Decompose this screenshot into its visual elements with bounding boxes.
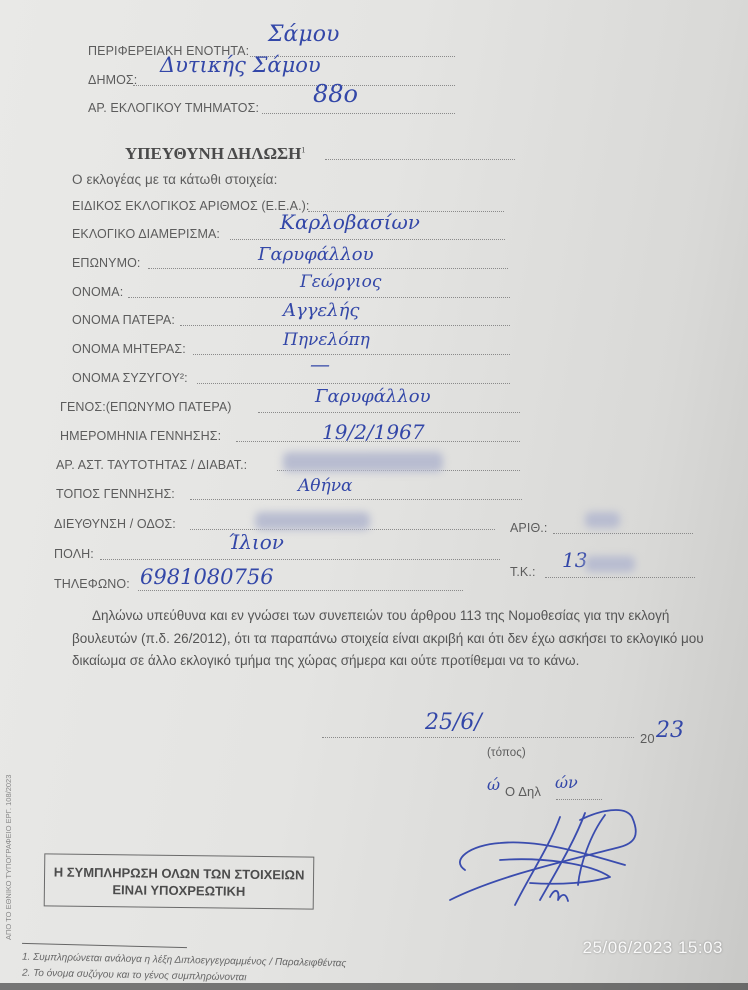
district-label: ΕΚΛΟΓΙΚΟ ΔΙΑΜΕΡΙΣΜΑ: <box>72 227 220 241</box>
spouse-line <box>197 383 510 384</box>
spouse-label: ΟΝΟΜΑ ΣΥΖΥΓΟΥ²: <box>72 371 188 385</box>
surname-line <box>148 268 508 269</box>
declarant-line <box>556 799 602 800</box>
section-value: 88ο <box>313 80 358 108</box>
date-value: 25/6/ <box>425 710 482 735</box>
phone-line <box>138 590 463 591</box>
title-line <box>325 159 515 160</box>
section-label: ΑΡ. ΕΚΛΟΓΙΚΟΥ ΤΜΗΜΑΤΟΣ: <box>88 101 259 115</box>
photo-timestamp: 25/06/2023 15:03 <box>583 938 723 958</box>
genos-line <box>258 412 520 413</box>
section-line <box>262 113 455 114</box>
footnote-1: 1. Συμπληρώνεται ανάλογα η λέξη Διπλοεγγ… <box>22 952 346 970</box>
printer-note: ΑΠΟ ΤΟ ΕΘΝΙΚΟ ΤΥΠΟΓΡΑΦΕΙΟ ΕΡΓ. 108/2023 <box>4 775 13 940</box>
name-label: ΟΝΟΜΑ: <box>72 285 123 299</box>
year-suffix: 23 <box>656 718 684 743</box>
municipality-line <box>133 85 455 86</box>
declaration-form-page: ΠΕΡΙΦΕΡΕΙΑΚΗ ΕΝΟΤΗΤΑ: Σάμου ΔΗΜΟΣ: Δυτικ… <box>0 0 748 990</box>
footnote-2: 2. Το όνομα συζύγου και το γένος συμπληρ… <box>22 968 247 984</box>
municipality-value: Δυτικής Σάμου <box>160 53 321 77</box>
mother-label: ΟΝΟΜΑ ΜΗΤΕΡΑΣ: <box>72 342 186 356</box>
birthplace-label: ΤΟΠΟΣ ΓΕΝΝΗΣΗΣ: <box>56 487 175 501</box>
declarant-suffix: ών <box>555 773 578 792</box>
father-label: ΟΝΟΜΑ ΠΑΤΕΡΑ: <box>72 313 175 327</box>
intro-text: Ο εκλογέας με τα κάτωθι στοιχεία: <box>72 172 277 187</box>
district-value: Καρλοβασίων <box>280 210 420 234</box>
birthplace-line <box>190 499 522 500</box>
city-label: ΠΟΛΗ: <box>54 547 94 561</box>
genos-value: Γαρυφάλλου <box>315 386 431 407</box>
number-line <box>553 533 693 534</box>
father-value: Αγγελής <box>283 300 359 321</box>
address-label: ΔΙΕΥΘΥΝΣΗ / ΟΔΟΣ: <box>54 517 176 531</box>
mother-line <box>193 354 510 355</box>
name-line <box>128 297 510 298</box>
phone-label: ΤΗΛΕΦΩΝΟ: <box>54 577 130 591</box>
name-value: Γεώργιος <box>300 272 381 292</box>
region-value: Σάμου <box>268 22 339 47</box>
postal-value-redacted <box>585 556 635 572</box>
id-label: ΑΡ. ΑΣΤ. ΤΑΥΤΟΤΗΤΑΣ / ΔΙΑΒΑΤ.: <box>56 458 247 472</box>
postal-line <box>545 577 695 578</box>
eea-label: ΕΙΔΙΚΟΣ ΕΚΛΟΓΙΚΟΣ ΑΡΙΘΜΟΣ (Ε.Ε.Α.): <box>72 199 309 213</box>
mother-value: Πηνελόπη <box>283 330 370 350</box>
number-value-redacted <box>585 512 620 528</box>
place-date-line <box>322 737 634 738</box>
birthplace-value: Αθήνα <box>298 476 353 496</box>
surname-label: ΕΠΩΝΥΜΟ: <box>72 256 140 270</box>
bottom-edge <box>0 983 748 990</box>
footnote-rule <box>22 943 187 948</box>
district-line <box>230 239 505 240</box>
postal-label: Τ.Κ.: <box>510 565 536 579</box>
postal-value-prefix: 13 <box>562 548 587 572</box>
address-value-redacted <box>255 512 370 530</box>
id-value-redacted <box>283 452 443 472</box>
form-title: ΥΠΕΥΘΥΝΗ ΔΗΛΩΣΗ1 <box>125 144 305 164</box>
dob-value: 19/2/1967 <box>322 420 425 444</box>
year-prefix: 20 <box>640 731 655 746</box>
place-caption: (τόπος) <box>487 747 526 759</box>
declarant-label: Ο Δηλ <box>505 784 541 799</box>
number-label: ΑΡΙΘ.: <box>510 521 547 535</box>
declarant-prefix: ώ <box>487 775 500 794</box>
mandatory-notice: Η ΣΥΜΠΛΗΡΩΣΗ ΟΛΩΝ ΤΩΝ ΣΤΟΙΧΕΙΩΝ ΕΙΝΑΙ ΥΠ… <box>44 853 315 909</box>
dob-label: ΗΜΕΡΟΜΗΝΙΑ ΓΕΝΝΗΣΗΣ: <box>60 429 221 443</box>
genos-label: ΓΕΝΟΣ:(ΕΠΩΝΥΜΟ ΠΑΤΕΡΑ) <box>60 400 232 414</box>
city-line <box>100 559 500 560</box>
phone-value: 6981080756 <box>140 565 274 589</box>
municipality-label: ΔΗΜΟΣ: <box>88 73 137 87</box>
surname-value: Γαρυφάλλου <box>258 244 374 265</box>
spouse-value: — <box>310 352 330 376</box>
city-value: Ίλιον <box>228 530 284 554</box>
signature <box>440 805 670 915</box>
father-line <box>180 325 510 326</box>
declaration-text: Δηλώνω υπεύθυνα και εν γνώσει των συνεπε… <box>72 605 712 673</box>
